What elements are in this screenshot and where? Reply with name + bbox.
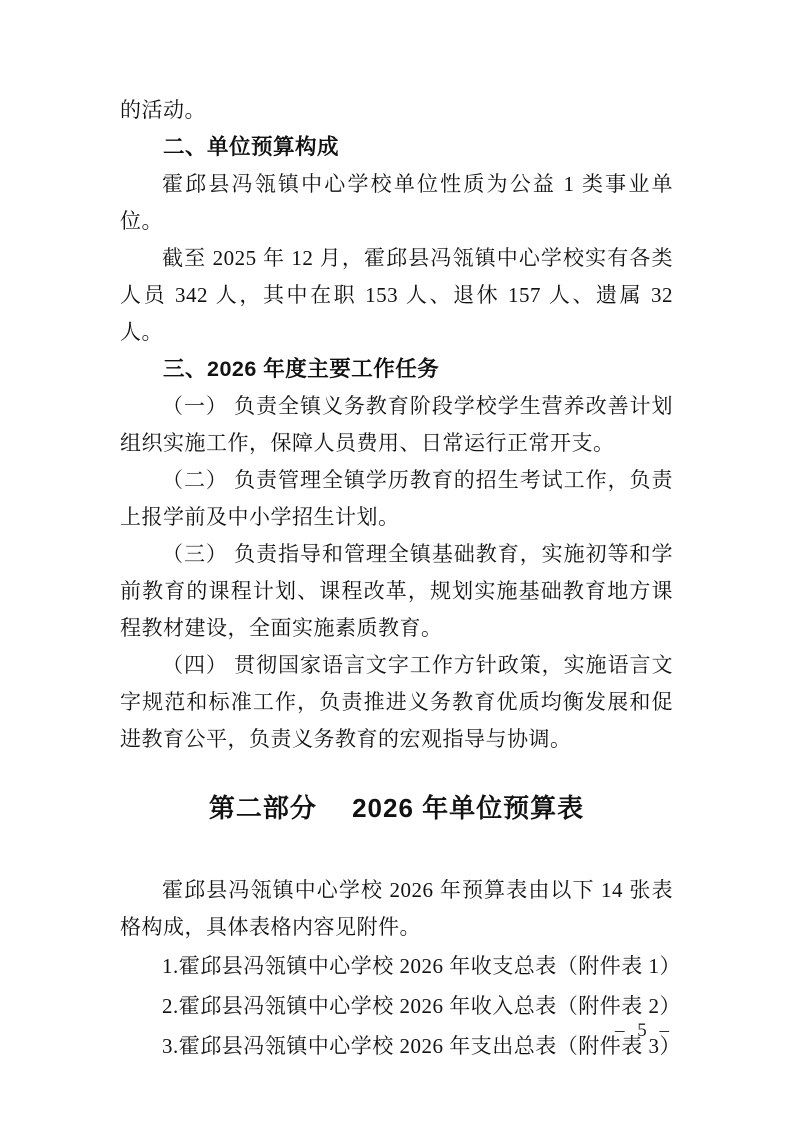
part-two-intro: 霍邱县冯瓴镇中心学校 2026 年预算表由以下 14 张表格构成，具体表格内容见…: [120, 872, 673, 946]
document-page: 的活动。 二、单位预算构成 霍邱县冯瓴镇中心学校单位性质为公益 1 类事业单位。…: [0, 0, 793, 1122]
section-two-paragraph-1: 霍邱县冯瓴镇中心学校单位性质为公益 1 类事业单位。: [120, 166, 673, 240]
task-paragraph-1: （一） 负责全镇义务教育阶段学校学生营养改善计划组织实施工作，保障人员费用、日常…: [120, 388, 673, 462]
section-three-heading: 三、2026 年度主要工作任务: [120, 351, 673, 388]
table-list-item-3: 3.霍邱县冯瓴镇中心学校 2026 年支出总表（附件表 3）: [120, 1026, 673, 1066]
section-two-paragraph-2: 截至 2025 年 12 月，霍邱县冯瓴镇中心学校实有各类人员 342 人，其中…: [120, 240, 673, 351]
page-number: – 5 –: [615, 1020, 673, 1042]
section-two-heading: 二、单位预算构成: [120, 129, 673, 166]
table-list-item-1: 1.霍邱县冯瓴镇中心学校 2026 年收支总表（附件表 1）: [120, 946, 673, 986]
task-paragraph-3: （三） 负责指导和管理全镇基础教育，实施初等和学前教育的课程计划、课程改革，规划…: [120, 536, 673, 647]
task-paragraph-2: （二） 负责管理全镇学历教育的招生考试工作，负责上报学前及中小学招生计划。: [120, 462, 673, 536]
table-list-item-2: 2.霍邱县冯瓴镇中心学校 2026 年收入总表（附件表 2）: [120, 986, 673, 1026]
continuation-paragraph: 的活动。: [120, 92, 673, 129]
document-content: 的活动。 二、单位预算构成 霍邱县冯瓴镇中心学校单位性质为公益 1 类事业单位。…: [120, 92, 673, 1066]
part-two-heading: 第二部分 2026 年单位预算表: [120, 788, 673, 828]
task-paragraph-4: （四） 贯彻国家语言文字工作方针政策，实施语言文字规范和标准工作，负责推进义务教…: [120, 647, 673, 758]
